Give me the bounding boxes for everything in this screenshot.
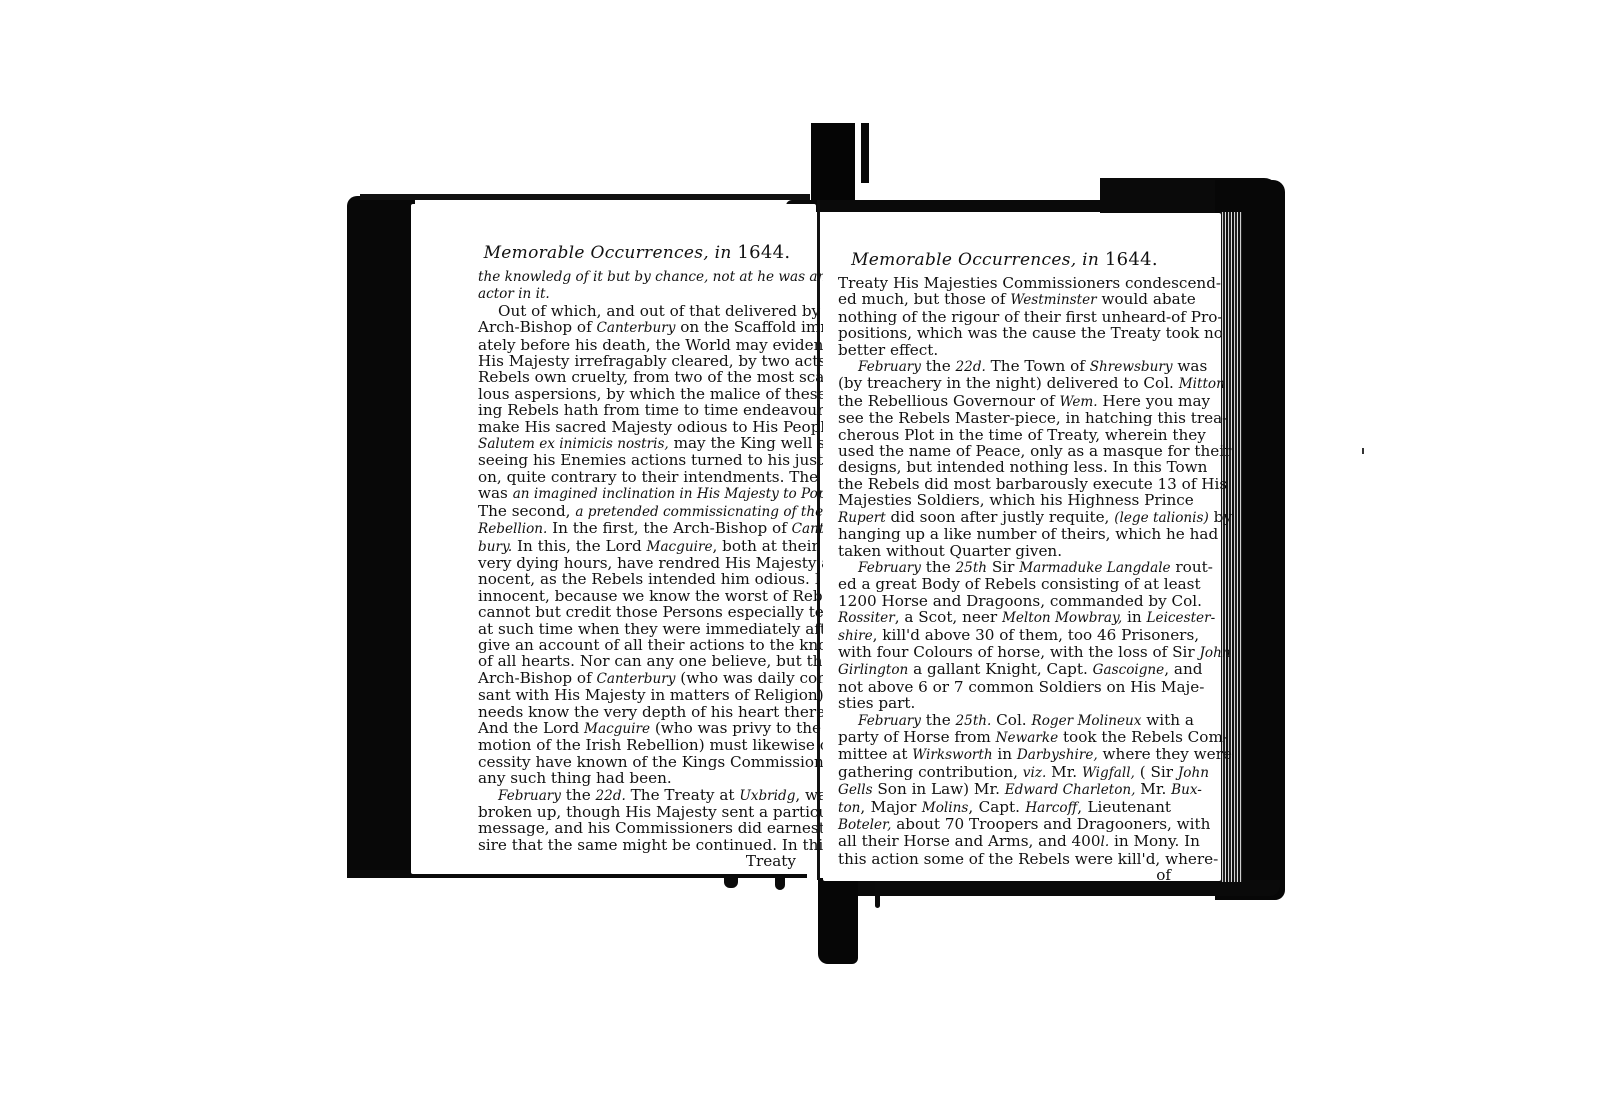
- roman-run: was: [478, 484, 513, 502]
- roman-run: needs know the very depth of his heart t…: [478, 703, 845, 721]
- italic-run: 25th: [956, 560, 988, 576]
- running-head-year: 1644.: [1105, 249, 1158, 270]
- roman-run: ed much, but those of: [838, 290, 1010, 308]
- roman-run: all their Horse and Arms, and 400: [838, 832, 1101, 850]
- italic-run: February: [858, 713, 921, 729]
- roman-run: And the Lord: [478, 719, 584, 737]
- text-line: see the Rebels Master-piece, in hatching…: [838, 410, 1171, 426]
- roman-run: the: [921, 357, 956, 375]
- text-line: February the 22d. The Town of Shrewsbury…: [838, 358, 1171, 375]
- roman-run: was: [1173, 357, 1208, 375]
- text-line: cannot but credit those Persons especial…: [478, 604, 796, 620]
- text-line: hanging up a like number of theirs, whic…: [838, 526, 1171, 542]
- text-line: Gells Son in Law) Mr. Edward Charleton, …: [838, 781, 1171, 798]
- roman-run: any such thing had been.: [478, 769, 672, 787]
- italic-run: Molins: [922, 800, 969, 816]
- page-block-edges: [1220, 212, 1242, 882]
- italic-run: Uxbridg: [739, 788, 795, 804]
- roman-run: The Treaty at: [626, 786, 739, 804]
- italic-run: 22d.: [596, 788, 626, 804]
- roman-run: Treaty: [746, 852, 796, 870]
- scanned-book-spread: Memorable Occurrences, in 1644. the know…: [0, 0, 1600, 1095]
- scan-artifact: [775, 876, 785, 890]
- text-line: at such time when they were immediately …: [478, 621, 796, 637]
- text-line: party of Horse from Newarke took the Reb…: [838, 729, 1171, 746]
- right-page: Memorable Occurrences, in 1644. Treaty H…: [823, 213, 1221, 881]
- text-line: February the 22d. The Treaty at Uxbridg,…: [478, 787, 796, 804]
- roman-run: where they were: [1098, 745, 1232, 763]
- text-line: of: [838, 867, 1171, 883]
- text-line: Majesties Soldiers, which his Highness P…: [838, 492, 1171, 508]
- roman-run: nothing of the rigour of their first unh…: [838, 308, 1223, 326]
- roman-run: this action some of the Rebels were kill…: [838, 850, 1218, 868]
- left-cover-top-edge: [360, 194, 810, 200]
- roman-run: Son in Law) Mr.: [873, 780, 1005, 798]
- text-line: with four Colours of horse, with the los…: [838, 644, 1171, 661]
- roman-run: mittee at: [838, 745, 912, 763]
- running-head-text: Memorable Occurrences, in: [851, 250, 1105, 270]
- roman-run: on, quite contrary to their intendments.…: [478, 468, 854, 486]
- italic-run: Westminster: [1010, 292, 1096, 308]
- roman-run: innocent, because we know the worst of R…: [478, 587, 844, 605]
- roman-run: see the Rebels Master-piece, in hatching…: [838, 409, 1227, 427]
- text-line: nothing of the rigour of their first unh…: [838, 309, 1171, 325]
- text-line: used the name of Peace, only as a masque…: [838, 443, 1171, 459]
- text-line: February the 25th Sir Marmaduke Langdale…: [838, 559, 1171, 576]
- italic-run: Edward Charleton,: [1005, 782, 1136, 798]
- italic-run: February: [858, 560, 921, 576]
- italic-run: bury.: [478, 539, 512, 555]
- text-line: motion of the Irish Rebellion) must like…: [478, 737, 796, 753]
- text-line: Salutem ex inimicis nostris, may the Kin…: [478, 435, 796, 452]
- text-line: (by treachery in the night) delivered to…: [838, 375, 1171, 392]
- roman-run: the Rebellious Governour of: [838, 392, 1059, 410]
- running-head-text: Memorable Occurrences, in: [484, 243, 738, 263]
- italic-run: John: [1199, 645, 1230, 661]
- roman-run: cessity have known of the Kings Commissi…: [478, 753, 844, 771]
- roman-run: did soon after justly requite,: [886, 508, 1115, 526]
- italic-run: an imagined inclination in His Majesty t…: [513, 486, 849, 502]
- spine-top-strip: [861, 123, 869, 183]
- roman-run: about 70 Troopers and Dragooners, with: [891, 815, 1210, 833]
- right-page-body: Treaty His Majesties Commissioners conde…: [838, 275, 1171, 884]
- scan-artifact: [724, 876, 738, 888]
- roman-run: in: [993, 745, 1017, 763]
- italic-run: Gells: [838, 782, 873, 798]
- text-line: sties part.: [838, 695, 1171, 711]
- text-line: sire that the same might be continued. I…: [478, 837, 796, 853]
- italic-run: Macguire: [584, 721, 650, 737]
- roman-run: taken without Quarter given.: [838, 542, 1062, 560]
- roman-run: Mr.: [1046, 763, 1082, 781]
- roman-run: lous aspersions, by which the malice of …: [478, 385, 868, 403]
- text-line: lous aspersions, by which the malice of …: [478, 386, 796, 402]
- roman-run: The second,: [478, 502, 575, 520]
- roman-run: , and: [1164, 660, 1202, 678]
- text-line: not above 6 or 7 common Soldiers on His …: [838, 679, 1171, 695]
- text-line: His Majesty irrefragably cleared, by two…: [478, 353, 796, 369]
- text-line: Arch-Bishop of Canterbury (who was daily…: [478, 670, 796, 687]
- roman-run: with a: [1141, 711, 1193, 729]
- roman-run: , kill'd above 30 of them, too 46 Prison…: [873, 626, 1199, 644]
- roman-run: the: [921, 558, 956, 576]
- text-line: make His sacred Majesty odious to His Pe…: [478, 419, 796, 435]
- italic-run: Leicester-: [1147, 610, 1216, 626]
- left-page-body: the knowledg of it but by chance, not at…: [478, 268, 796, 870]
- italic-run: the knowledg of it but by chance, not at…: [478, 269, 826, 285]
- italic-run: Roger Molineux: [1031, 713, 1141, 729]
- text-line: of all hearts. Nor can any one believe, …: [478, 653, 796, 669]
- text-line: 1200 Horse and Dragoons, commanded by Co…: [838, 593, 1171, 609]
- italic-run: Girlington: [838, 662, 908, 678]
- text-line: mittee at Wirksworth in Darbyshire, wher…: [838, 746, 1171, 763]
- roman-run: designs, but intended nothing less. In t…: [838, 458, 1207, 476]
- italic-run: Newarke: [996, 730, 1058, 746]
- text-line: Rebellion. In the first, the Arch-Bishop…: [478, 520, 796, 537]
- text-line: ed much, but those of Westminster would …: [838, 291, 1171, 308]
- text-line: Arch-Bishop of Canterbury on the Scaffol…: [478, 319, 796, 336]
- running-head-year: 1644.: [737, 242, 790, 263]
- text-line: ed a great Body of Rebels consisting of …: [838, 576, 1171, 592]
- right-running-head: Memorable Occurrences, in 1644.: [838, 249, 1171, 271]
- text-line: the Rebels did most barbarously execute …: [838, 476, 1171, 492]
- roman-run: very dying hours, have rendred His Majes…: [478, 554, 863, 572]
- roman-run: Here you may: [1098, 392, 1211, 410]
- italic-run: Darbyshire,: [1017, 747, 1098, 763]
- roman-run: Sir: [987, 558, 1019, 576]
- text-line: give an account of all their actions to …: [478, 637, 796, 653]
- text-line: cherous Plot in the time of Treaty, wher…: [838, 427, 1171, 443]
- italic-run: ton: [838, 800, 860, 816]
- left-page: Memorable Occurrences, in 1644. the know…: [411, 204, 816, 874]
- left-cover-edge: [347, 196, 415, 876]
- spine-bottom-shadow: [818, 878, 858, 964]
- roman-run: Arch-Bishop of: [478, 318, 597, 336]
- roman-run: better effect.: [838, 341, 938, 359]
- roman-run: , Major: [860, 798, 921, 816]
- italic-run: Macguire: [647, 539, 713, 555]
- roman-run: took the Rebels Com-: [1058, 728, 1228, 746]
- roman-run: sire that the same might be continued. I…: [478, 836, 831, 854]
- gutter-line: [817, 200, 820, 880]
- roman-run: The Town of: [986, 357, 1090, 375]
- roman-run: not above 6 or 7 common Soldiers on His …: [838, 678, 1204, 696]
- text-line: February the 25th. Col. Roger Molineux w…: [838, 712, 1171, 729]
- text-line: was an imagined inclination in His Majes…: [478, 485, 796, 502]
- text-line: taken without Quarter given.: [838, 543, 1171, 559]
- text-line: Out of which, and out of that delivered …: [478, 303, 796, 319]
- italic-run: Rebellion.: [478, 521, 547, 537]
- text-line: shire, kill'd above 30 of them, too 46 P…: [838, 627, 1171, 644]
- text-line: gathering contribution, viz. Mr. Wigfall…: [838, 764, 1171, 781]
- text-line: needs know the very depth of his heart t…: [478, 704, 796, 720]
- italic-run: shire: [838, 628, 873, 644]
- text-line: positions, which was the cause the Treat…: [838, 325, 1171, 341]
- roman-run: cannot but credit those Persons especial…: [478, 603, 881, 621]
- roman-run: His Majesty irrefragably cleared, by two…: [478, 352, 875, 370]
- roman-run: give an account of all their actions to …: [478, 636, 857, 654]
- italic-run: Harcoff: [1025, 800, 1077, 816]
- text-line: seeing his Enemies actions turned to his…: [478, 452, 796, 468]
- roman-run: (by treachery in the night) delivered to…: [838, 374, 1179, 392]
- text-line: bury. In this, the Lord Macguire, both a…: [478, 538, 796, 555]
- text-line: innocent, because we know the worst of R…: [478, 588, 796, 604]
- roman-run: of all hearts. Nor can any one believe, …: [478, 652, 831, 670]
- text-line: Rebels own cruelty, from two of the most…: [478, 369, 796, 385]
- italic-run: February: [498, 788, 561, 804]
- italic-run: Wirksworth: [912, 747, 992, 763]
- roman-run: sties part.: [838, 694, 915, 712]
- text-line: the knowledg of it but by chance, not at…: [478, 268, 796, 285]
- text-line: ton, Major Molins, Capt. Harcoff, Lieute…: [838, 799, 1171, 816]
- roman-run: 1200 Horse and Dragoons, commanded by Co…: [838, 592, 1202, 610]
- text-line: broken up, though His Majesty sent a par…: [478, 804, 796, 820]
- text-line: on, quite contrary to their intendments.…: [478, 469, 796, 485]
- italic-run: John: [1178, 765, 1209, 781]
- text-line: Rossiter, a Scot, neer Melton Mowbray, i…: [838, 609, 1171, 626]
- roman-run: ( Sir: [1135, 763, 1178, 781]
- italic-run: 22d.: [956, 359, 986, 375]
- roman-run: cherous Plot in the time of Treaty, wher…: [838, 426, 1206, 444]
- roman-run: In this, the Lord: [512, 537, 646, 555]
- text-line: Girlington a gallant Knight, Capt. Gasco…: [838, 661, 1171, 678]
- text-line: nocent, as the Rebels intended him odiou…: [478, 571, 796, 587]
- roman-run: , a Scot, neer: [895, 608, 1002, 626]
- roman-run: at such time when they were immediately …: [478, 620, 862, 638]
- roman-run: rout-: [1171, 558, 1213, 576]
- spine-top-shadow: [811, 123, 855, 211]
- text-line: ately before his death, the World may ev…: [478, 337, 796, 353]
- text-line: Boteler, about 70 Troopers and Dragooner…: [838, 816, 1171, 833]
- text-line: Treaty: [478, 853, 796, 869]
- italic-run: l.: [1101, 834, 1110, 850]
- text-line: message, and his Commissioners did earne…: [478, 820, 796, 836]
- roman-run: positions, which was the cause the Treat…: [838, 324, 1223, 342]
- italic-run: Rossiter: [838, 610, 895, 626]
- text-line: The second, a pretended commissicnating …: [478, 503, 796, 520]
- italic-run: Shrewsbury: [1090, 359, 1173, 375]
- roman-run: the: [921, 711, 956, 729]
- roman-run: the: [561, 786, 596, 804]
- italic-run: Canterbury: [597, 671, 676, 687]
- left-running-head: Memorable Occurrences, in 1644.: [478, 242, 796, 264]
- italic-run: Wem.: [1059, 394, 1097, 410]
- text-line: this action some of the Rebels were kill…: [838, 851, 1171, 867]
- text-line: actor in it.: [478, 285, 796, 302]
- text-line: Rupert did soon after justly requite, (l…: [838, 509, 1171, 526]
- roman-run: a gallant Knight, Capt.: [908, 660, 1092, 678]
- italic-run: February: [858, 359, 921, 375]
- roman-run: motion of the Irish Rebellion) must like…: [478, 736, 863, 754]
- roman-run: ed a great Body of Rebels consisting of …: [838, 575, 1201, 593]
- roman-run: Arch-Bishop of: [478, 669, 597, 687]
- roman-run: the Rebels did most barbarously execute …: [838, 475, 1227, 493]
- italic-run: Boteler,: [838, 817, 891, 833]
- roman-run: ing Rebels hath from time to time endeav…: [478, 401, 863, 419]
- text-line: better effect.: [838, 342, 1171, 358]
- roman-run: In the first, the Arch-Bishop of: [547, 519, 791, 537]
- text-line: the Rebellious Governour of Wem. Here yo…: [838, 393, 1171, 410]
- roman-run: would abate: [1097, 290, 1196, 308]
- roman-run: seeing his Enemies actions turned to his…: [478, 451, 872, 469]
- italic-run: (lege talionis): [1114, 510, 1209, 526]
- roman-run: in Mony. In: [1109, 832, 1200, 850]
- italic-run: Bux-: [1171, 782, 1202, 798]
- roman-run: Out of which, and out of that delivered …: [498, 302, 850, 320]
- italic-run: viz.: [1023, 765, 1047, 781]
- roman-run: ately before his death, the World may ev…: [478, 336, 874, 354]
- scan-speck: [1362, 448, 1364, 454]
- italic-run: Canterbury: [597, 320, 676, 336]
- roman-run: gathering contribution,: [838, 763, 1023, 781]
- roman-run: used the name of Peace, only as a masque…: [838, 442, 1231, 460]
- italic-run: Marmaduke Langdale: [1019, 560, 1170, 576]
- italic-run: actor in it.: [478, 286, 550, 302]
- roman-run: , both at their: [713, 537, 819, 555]
- roman-run: message, and his Commissioners did earne…: [478, 819, 867, 837]
- italic-run: Melton Mowbray,: [1002, 610, 1122, 626]
- text-line: Treaty His Majesties Commissioners conde…: [838, 275, 1171, 291]
- roman-run: with four Colours of horse, with the los…: [838, 643, 1199, 661]
- roman-run: Col.: [991, 711, 1031, 729]
- text-line: any such thing had been.: [478, 770, 796, 786]
- roman-run: of: [1156, 866, 1171, 884]
- italic-run: 25th.: [956, 713, 992, 729]
- text-line: all their Horse and Arms, and 400l. in M…: [838, 833, 1171, 850]
- text-line: And the Lord Macguire (who was privy to …: [478, 720, 796, 737]
- roman-run: Rebels own cruelty, from two of the most…: [478, 368, 858, 386]
- roman-run: , Capt.: [968, 798, 1025, 816]
- text-line: ing Rebels hath from time to time endeav…: [478, 402, 796, 418]
- italic-run: Gascoigne: [1093, 662, 1165, 678]
- text-line: designs, but intended nothing less. In t…: [838, 459, 1171, 475]
- roman-run: Mr.: [1135, 780, 1171, 798]
- text-line: sant with His Majesty in matters of Reli…: [478, 687, 796, 703]
- roman-run: make His sacred Majesty odious to His Pe…: [478, 418, 839, 436]
- roman-run: by: [1209, 508, 1232, 526]
- text-line: very dying hours, have rendred His Majes…: [478, 555, 796, 571]
- roman-run: Treaty His Majesties Commissioners conde…: [838, 274, 1221, 292]
- roman-run: hanging up a like number of theirs, whic…: [838, 525, 1218, 543]
- italic-run: Rupert: [838, 510, 886, 526]
- roman-run: sant with His Majesty in matters of Reli…: [478, 686, 867, 704]
- roman-run: Majesties Soldiers, which his Highness P…: [838, 491, 1194, 509]
- roman-run: party of Horse from: [838, 728, 996, 746]
- italic-run: Salutem ex inimicis nostris,: [478, 436, 669, 452]
- italic-run: Wigfall,: [1082, 765, 1135, 781]
- text-line: cessity have known of the Kings Commissi…: [478, 754, 796, 770]
- italic-run: Mitton: [1179, 376, 1225, 392]
- roman-run: broken up, though His Majesty sent a par…: [478, 803, 849, 821]
- roman-run: , Lieutenant: [1077, 798, 1171, 816]
- roman-run: in: [1122, 608, 1146, 626]
- roman-run: nocent, as the Rebels intended him odiou…: [478, 570, 851, 588]
